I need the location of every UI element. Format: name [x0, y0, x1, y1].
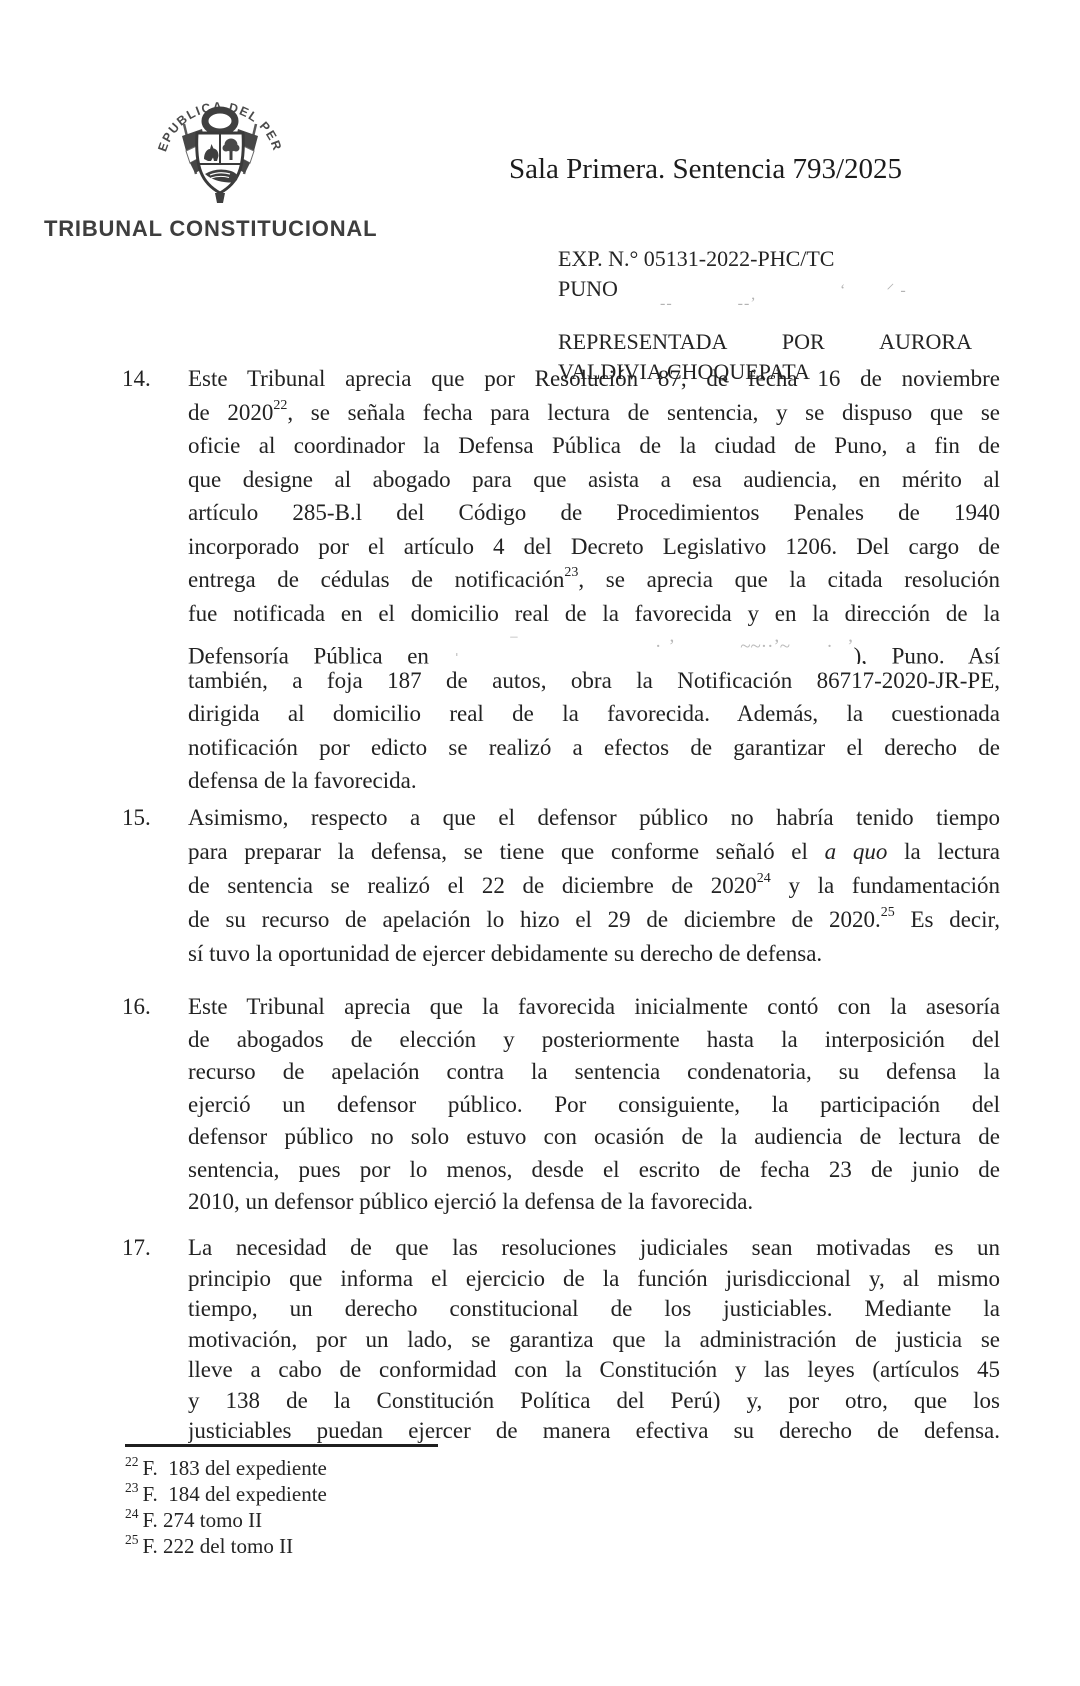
paragraph-14: 14. Este Tribunal aprecia que por Resolu… — [122, 362, 1000, 798]
paragraph-16: 16. Este Tribunal aprecia que la favorec… — [122, 991, 1000, 1219]
exp-city: PUNO — [558, 274, 972, 304]
redacted-text: ˌ ‾ · ʼ ~~··ʼ~ · ʼ — [454, 630, 854, 664]
exp-number: EXP. N.° 05131-2022-PHC/TC — [558, 244, 972, 274]
laurel-crown-icon — [205, 110, 235, 132]
footnote: 25F. 222 del tomo II — [125, 1533, 725, 1559]
peru-coat-of-arms: REPUBLICA DEL PERU — [150, 76, 290, 216]
scan-artifact: ‑‑ ‑‑ʼ — [660, 295, 757, 313]
paragraph-text: Este Tribunal aprecia que por Resolución… — [188, 362, 1000, 798]
footnote: 24F. 274 tomo II — [125, 1507, 725, 1533]
represented-line-1: REPRESENTADA POR AURORA — [558, 327, 972, 357]
institution-name: TRIBUNAL CONSTITUCIONAL — [44, 216, 384, 242]
footnote: 23F. 184 del expediente — [125, 1481, 725, 1507]
case-caption: EXP. N.° 05131-2022-PHC/TC PUNO — [558, 244, 972, 304]
footnotes: 22F. 183 del expediente23F. 184 del expe… — [125, 1455, 725, 1559]
page-title: Sala Primera. Sentencia 793/2025 — [509, 153, 949, 186]
footnote-rule — [125, 1444, 438, 1447]
base-tassel-icon — [215, 193, 225, 203]
paragraph-text: Este Tribunal aprecia que la favorecida … — [188, 991, 1000, 1219]
document-page: REPUBLICA DEL PERU TRIBUNAL CONSTITUCION… — [0, 0, 1080, 1686]
footnote: 22F. 183 del expediente — [125, 1455, 725, 1481]
paragraph-number: 14. — [122, 362, 188, 798]
paragraph-text: La necesidad de que las resoluciones jud… — [188, 1233, 1000, 1447]
paragraph-number: 17. — [122, 1233, 188, 1447]
paragraph-15: 15. Asimismo, respecto a que el defensor… — [122, 801, 1000, 971]
paragraph-number: 16. — [122, 991, 188, 1219]
paragraph-text: Asimismo, respecto a que el defensor púb… — [188, 801, 1000, 971]
paragraph-17: 17. La necesidad de que las resoluciones… — [122, 1233, 1000, 1447]
paragraph-number: 15. — [122, 801, 188, 971]
scan-artifact: ʻ ⸍ ‑ — [840, 278, 907, 300]
